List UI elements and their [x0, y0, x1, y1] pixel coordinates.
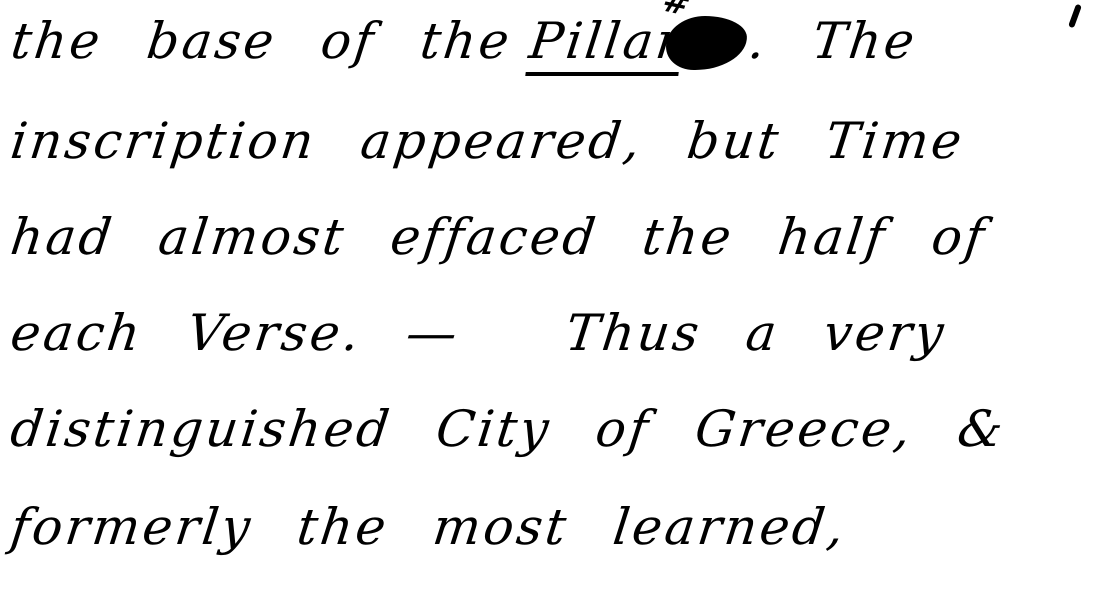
line-6-text: formerly the most learned,	[8, 498, 851, 556]
corrected-word-pillar: Pillar#	[526, 16, 752, 70]
underlined-word: Pillar	[525, 12, 686, 76]
ink-blot	[663, 16, 750, 70]
manuscript-line-5: distinguished City of Greece, &	[8, 404, 1094, 454]
line-4-text-right: Thus a very	[563, 308, 949, 358]
manuscript-line-6: formerly the most learned,	[8, 502, 1094, 552]
manuscript-page: the base of thePillar#. The inscription …	[0, 0, 1094, 593]
manuscript-line-1: the base of thePillar#. The	[8, 16, 1094, 70]
line-4-text-left: each Verse. —	[8, 304, 464, 362]
insertion-mark: #	[658, 0, 694, 20]
line-1-text-pre: the base of the	[8, 12, 515, 70]
line-2-text: inscription appeared, but Time	[8, 112, 968, 170]
line-5-text: distinguished City of Greece, &	[8, 400, 1010, 458]
manuscript-line-2: inscription appeared, but Time	[8, 116, 1094, 166]
manuscript-line-3: had almost effaced the half of	[8, 212, 1094, 262]
line-3-text: had almost effaced the half of	[8, 208, 991, 266]
line-1-text-post: . The	[745, 12, 920, 70]
manuscript-line-4: each Verse. — Thus a very	[8, 308, 1094, 358]
